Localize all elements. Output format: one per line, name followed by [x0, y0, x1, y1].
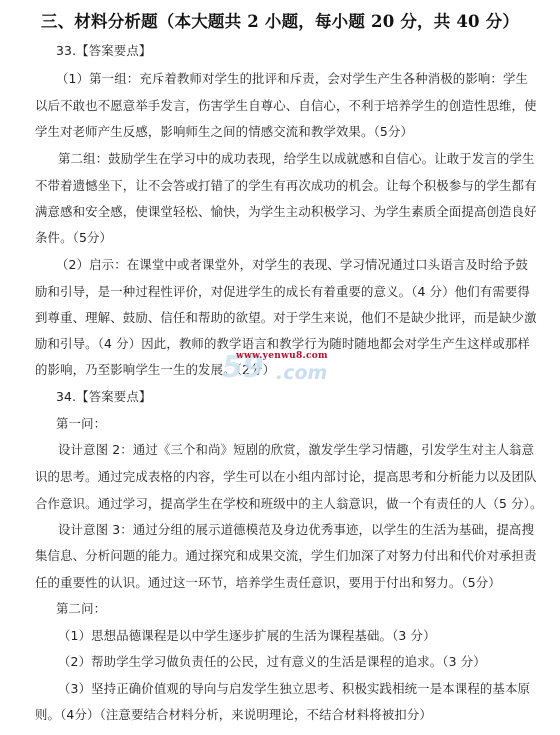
q34-line: 识的思考。通过完成表格的内容，学生可以在小组内部讨论，提高思考和分析能力以及团队 — [35, 467, 537, 485]
q34-line: （1）思想品德课程是以中学生逐步扩展的生活为课程基础。（3 分） — [58, 626, 436, 644]
watermark-com: .com — [276, 362, 327, 384]
q34-line: （2）帮助学生学习做负责任的公民，过有意义的生活是课程的追求。（3 分） — [58, 652, 486, 670]
q33-line: 满意感和安全感，使课堂轻松、愉快，为学生主动积极学习、为学生素质全面提高创造良好 — [35, 202, 537, 220]
watermark: 59 .com www.yenwu8.com — [222, 348, 342, 388]
watermark-url: www.yenwu8.com — [236, 351, 328, 361]
q33-line: （2）启示：在课堂中或者课堂外，对学生的表现、学习情况通过口头语言及时给予鼓 — [56, 255, 528, 273]
q34-line: 设计意图 3：通过分组的展示道德模范及身边优秀事迹，以学生的生活为基础，提高搜 — [58, 520, 534, 538]
q34-line: 合作意识。通过学习，提高学生在学校和班级中的主人翁意识，做一个有责任的人（5 分… — [35, 494, 543, 512]
q34-part1-label: 第一问： — [56, 414, 106, 432]
q33-line: 到尊重、理解、鼓励、信任和帮助的欲望。对于学生来说，他们不是缺少批评，而是缺少激 — [35, 308, 537, 326]
q33-line: 不带着遗憾坐下，让不会答或打错了的学生有再次成功的机会。让每个积极参与的学生都有 — [35, 176, 537, 194]
q33-line: （1）第一组：充斥着教师对学生的批评和斥责，会对学生产生各种消极的影响：学生 — [56, 69, 528, 87]
q34-line: （3）坚持正确价值观的导向与启发学生独立思考、积极实践相统一是本课程的基本原 — [58, 679, 530, 697]
q34-part2-label: 第二问： — [56, 599, 106, 617]
q33-line: 学生对老师产生反感，影响师生之间的情感交流和教学效果。（5分） — [35, 122, 413, 140]
q34-line: 则。（4分）（注意要结合材料分析，来说明理论，不结合材料将被扣分） — [35, 705, 432, 723]
section-title: 三、材料分析题（本大题共 2 小题，每小题 20 分，共 40 分） — [0, 8, 560, 32]
q34-line: 设计意图 2：通过《三个和尚》短剧的欣赏，激发学生学习情趣，引发学生对主人翁意 — [58, 440, 534, 458]
q33-line: 第二组：鼓励学生在学习中的成功表现，给学生以成就感和自信心。让敢于发言的学生 — [58, 149, 535, 167]
document-page: 三、材料分析题（本大题共 2 小题，每小题 20 分，共 40 分） 33.【答… — [0, 0, 560, 735]
q33-line: 以后不敢也不愿意举手发言，伤害学生自尊心、自信心，不利于培养学生的创造性思维，使 — [35, 96, 537, 114]
q34-line: 集信息、分析问题的能力。通过探究和成果交流，学生们加深了对努力付出和代价对承担责 — [35, 546, 537, 564]
q33-line: 励和引导，是一种过程性评价，对促进学生的成长有着重要的意义。（4 分）他们有需要… — [35, 282, 530, 300]
q34-line: 任的重要性的认识。通过这一环节，培养学生责任意识，要用于付出和努力。（5分） — [35, 573, 501, 591]
q34-heading: 34.【答案要点】 — [56, 387, 151, 405]
q33-heading: 33.【答案要点】 — [56, 41, 151, 59]
q33-line: 条件。（5分） — [35, 228, 112, 246]
